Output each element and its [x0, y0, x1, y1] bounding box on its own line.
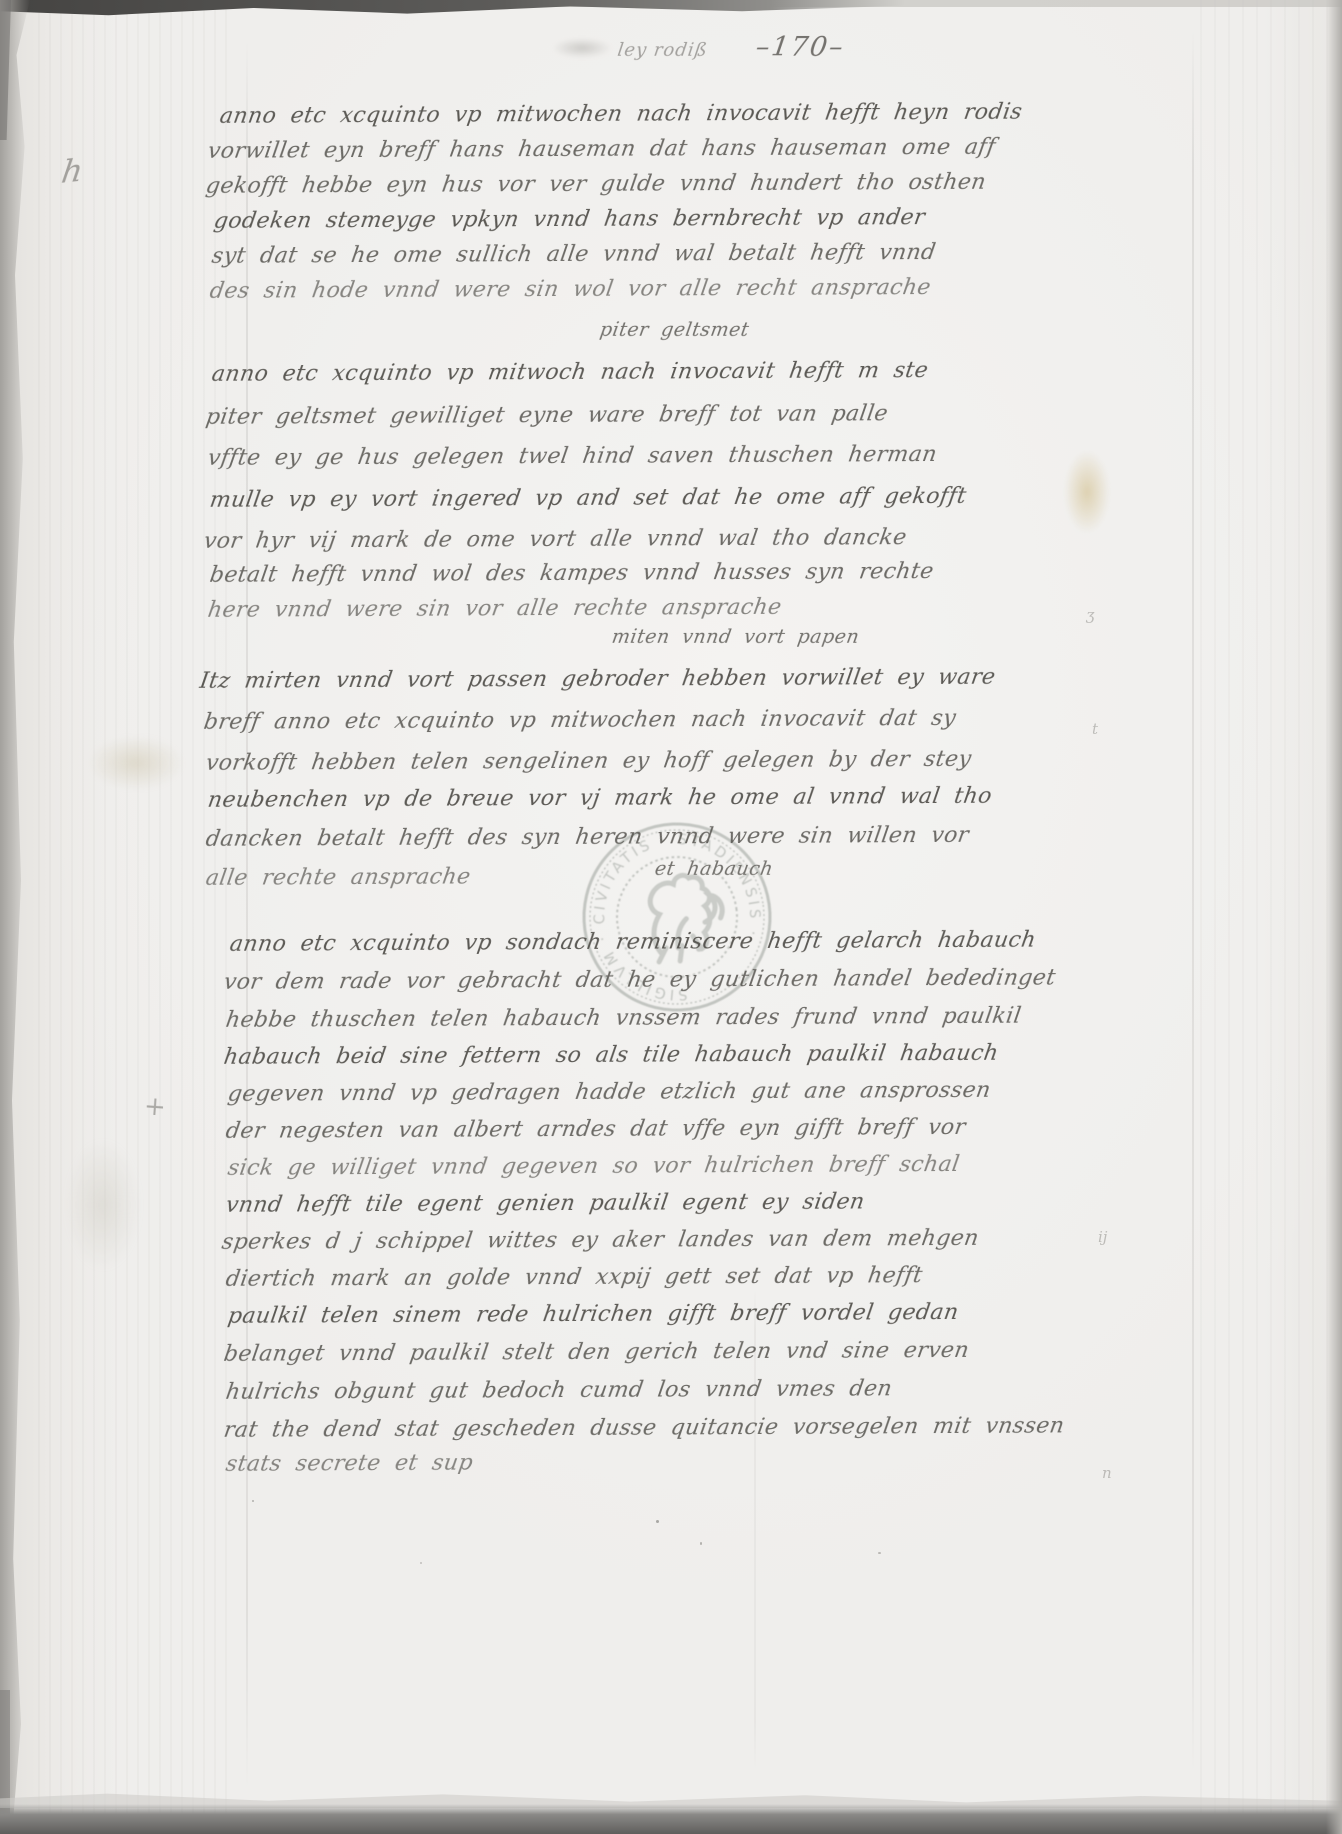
bleedthrough-mark: ʒ [1086, 606, 1094, 624]
manuscript-line: Itz mirten vnnd vort passen gebroder heb… [198, 665, 997, 694]
ink-speck [656, 1520, 659, 1523]
section-subheading: miten vnnd vort papen [610, 626, 861, 648]
bleedthrough-mark: n [1102, 1464, 1112, 1482]
paper-stain [88, 736, 184, 790]
manuscript-line: dancken betalt hefft des syn heren vnnd … [204, 823, 971, 852]
manuscript-line: anno etc xcquinto vp mitwochen nach invo… [218, 100, 1024, 129]
paper-texture-streaks [1200, 0, 1330, 1834]
manuscript-line: godeken stemeyge vpkyn vnnd hans bernbre… [212, 205, 927, 234]
manuscript-line: mulle vp ey vort ingered vp and set dat … [208, 484, 968, 513]
manuscript-line: gekofft hebbe eyn hus vor ver gulde vnnd… [204, 170, 988, 199]
manuscript-line: vffte ey ge hus gelegen twel hind saven … [206, 442, 939, 471]
manuscript-line: sick ge williget vnnd gegeven so vor hul… [226, 1152, 961, 1181]
manuscript-line: anno etc xcquinto vp sondach reminiscere… [228, 928, 1038, 957]
pencil-smudge [552, 38, 612, 58]
manuscript-line: betalt hefft vnnd wol des kampes vnnd hu… [208, 559, 936, 588]
manuscript-line: belanget vnnd paulkil stelt den gerich t… [222, 1338, 971, 1367]
manuscript-line: vor dem rade vor gebracht dat he ey gutl… [222, 966, 1057, 995]
manuscript-line: breff anno etc xcquinto vp mitwochen nac… [202, 706, 958, 735]
ink-speck [700, 1542, 702, 1545]
manuscript-line: rat the dend stat gescheden dusse quitan… [222, 1414, 1066, 1443]
manuscript-line: des sin hode vnnd were sin wol vor alle … [208, 275, 933, 304]
folio-header: ley rodiß–170– [616, 32, 847, 63]
paper-stain [66, 1140, 140, 1270]
page-edge-left [0, 0, 30, 1834]
manuscript-page: SIGILLVM · CIVITATIS · STADIENSIS · ley … [0, 0, 1342, 1834]
manuscript-line: alle rechte ansprache [204, 865, 472, 891]
page-edge-bottom-shadow [0, 1804, 1342, 1834]
fold-crease [1192, 28, 1194, 1773]
ink-speck [420, 1562, 422, 1564]
manuscript-line: here vnnd were sin vor alle rechte anspr… [206, 595, 783, 623]
bleedthrough-mark: ij [1098, 1228, 1107, 1246]
manuscript-line: hebbe thuschen telen habauch vnssem rade… [224, 1004, 1023, 1033]
folio-number: –170– [754, 32, 847, 63]
manuscript-line: hulrichs obgunt gut bedoch cumd los vnnd… [224, 1377, 894, 1405]
manuscript-line: neubenchen vp de breue vor vj mark he om… [206, 784, 994, 813]
manuscript-line: vorwillet eyn breff hans hauseman dat ha… [206, 135, 997, 164]
manuscript-line: diertich mark an golde vnnd xxpij gett s… [224, 1263, 924, 1292]
manuscript-line: paulkil telen sinem rede hulrichen gifft… [226, 1300, 960, 1329]
margin-cross-mark: + [143, 1091, 167, 1122]
bleedthrough-mark: t [1092, 720, 1098, 738]
manuscript-line: vor hyr vij mark de ome vort alle vnnd w… [202, 525, 909, 554]
manuscript-line: vnnd hefft tile egent genien paulkil ege… [224, 1190, 866, 1218]
manuscript-line: vorkofft hebben telen sengelinen ey hoff… [204, 747, 973, 776]
ink-speck [252, 1500, 254, 1502]
manuscript-line: stats secrete et sup [224, 1451, 475, 1477]
page-edge-right [1326, 0, 1342, 1834]
manuscript-line: anno etc xcquinto vp mitwoch nach invoca… [210, 358, 930, 387]
section-subheading: piter geltsmet [598, 319, 751, 341]
page-edge-top-shadow [0, 0, 905, 16]
section-closing: et habauch [653, 858, 775, 880]
manuscript-line: sperkes d j schippel wittes ey aker land… [220, 1226, 981, 1255]
ink-speck [878, 1552, 881, 1554]
manuscript-line: gegeven vnnd vp gedragen hadde etzlich g… [226, 1078, 993, 1107]
paper-stain [1064, 450, 1110, 534]
paper-texture-streaks [38, 0, 228, 1834]
manuscript-line: der negesten van albert arndes dat vffe … [224, 1115, 967, 1144]
header-annotation: ley rodiß [616, 40, 709, 61]
manuscript-line: syt dat se he ome sullich alle vnnd wal … [210, 240, 938, 269]
manuscript-line: habauch beid sine fettern so als tile ha… [222, 1041, 1000, 1070]
manuscript-line: piter geltsmet gewilliget eyne ware bref… [204, 401, 890, 430]
